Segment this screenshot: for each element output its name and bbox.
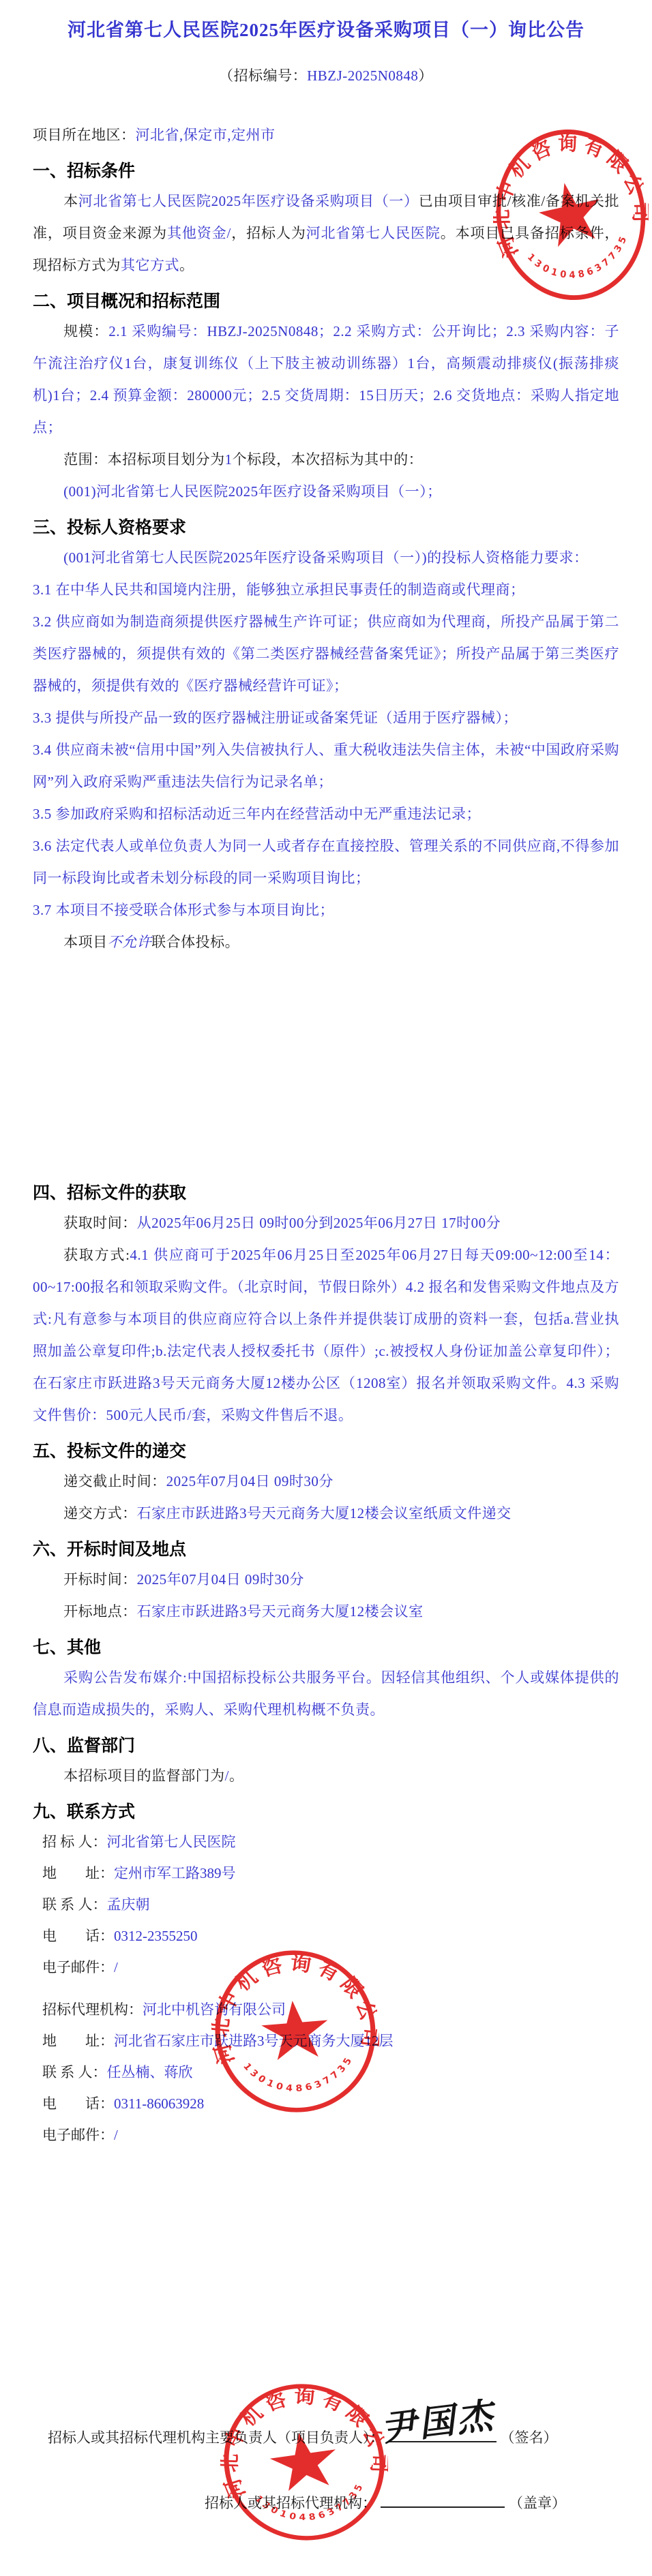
seal-label: 招标人或其招标代理机构： [205,2495,376,2511]
text-segment: 3.3 提供与所投产品一致的医疗器械注册证或备案凭证（适用于医疗器械）； [33,710,518,726]
text-segment: 3.1 在中华人民共和国境内注册，能够独立承担民事责任的制造商或代理商； [33,581,525,598]
signature-suffix: （签名） [501,2429,558,2446]
open-place: 开标地点：石家庄市跃进路3号天元商务大厦12楼会议室 [33,1596,619,1628]
field-label: 电子邮件： [42,1959,114,1975]
text-segment: 3.6 法定代表人或单位负责人为同一人或者存在直接控股、管理关系的不同供应商,不… [33,838,619,886]
field-label: 地 址： [42,2033,114,2049]
text-segment: 本 [63,193,78,209]
field-label: 电 话： [42,2095,114,2112]
doc-title: 河北省第七人民医院2025年医疗设备采购项目（一）询比公告 [33,16,619,44]
text-segment: 本项目 [63,934,108,950]
section-heading-3: 三、投标人资格要求 [33,516,619,539]
text-segment: 其他资金/ [167,225,231,241]
field-value: 河北省第七人民医院 [107,1834,236,1850]
lot-001: (001)河北省第七人民医院2025年医疗设备采购项目（一）； [33,476,619,508]
consortium-note: 本项目不允许联合体投标。 [33,926,619,958]
agent-email: 电子邮件：/ [33,2119,619,2151]
field-value: 0312-2355250 [114,1928,198,1944]
field-label: 联 系 人： [42,1896,107,1913]
qualification-3-4: 3.4 供应商未被“信用中国”列入失信被执行人、重大税收违法失信主体，未被“中国… [33,734,619,798]
text-segment: 河北省第七人民医院 [306,225,441,241]
submit-deadline: 递交截止时间：2025年07月04日 09时30分 [33,1466,619,1498]
text-segment: 不允许 [108,934,152,950]
text-segment: HBZJ-2025N0848 [307,67,418,84]
text-segment: 获取方式: [63,1247,130,1263]
text-segment: (001)河北省第七人民医院2025年医疗设备采购项目（一）； [63,483,441,500]
text-segment: 2025年07月04日 09时30分 [137,1571,304,1588]
section-heading-4: 四、招标文件的获取 [33,1181,619,1204]
text-segment: ，招标人为 [231,225,306,241]
text-segment: 1 [225,451,233,468]
agent-name: 招标代理机构：河北中机咨询有限公司 [33,1994,619,2025]
agent-address: 地 址：河北省石家庄市跃进路3号天元商务大厦12层 [33,2025,619,2057]
contact-person: 联 系 人：孟庆朝 [33,1889,619,1920]
text-segment: 递交方式： [63,1505,137,1521]
qualification-3-1: 3.1 在中华人民共和国境内注册，能够独立承担民事责任的制造商或代理商； [33,574,619,606]
agent-phone: 电 话：0311-86063928 [33,2088,619,2119]
seal-suffix: （盖章） [509,2495,566,2511]
text-segment: 个标段，本次招标为其中的： [233,451,424,468]
tender-conditions: 本河北省第七人民医院2025年医疗设备采购项目（一）已由项目审批/核准/备案机关… [33,185,619,282]
section-heading-6: 六、开标时间及地点 [33,1538,619,1561]
field-label: 联 系 人： [42,2064,107,2080]
qualification-3-6: 3.6 法定代表人或单位负责人为同一人或者存在直接控股、管理关系的不同供应商,不… [33,830,619,894]
field-value: 0311-86063928 [114,2095,204,2112]
text-segment: 2.1 采购编号：HBZJ-2025N0848；2.2 采购方式：公开询比；2.… [33,323,619,436]
text-segment: (001河北省第七人民医院2025年医疗设备采购项目（一）)的投标人资格能力要求… [63,549,588,566]
signature-label: 招标人或其招标代理机构主要负责人（项目负责人）： [48,2429,385,2446]
field-value: 河北省石家庄市跃进路3号天元商务大厦12层 [114,2033,394,2049]
field-label: 电子邮件： [42,2127,114,2143]
field-label: 招标代理机构： [42,2001,143,2018]
text-segment: ） [418,67,433,84]
text-segment: 3.7 本项目不接受联合体形式参与本项目询比； [33,902,334,918]
text-segment: 项目所在地区： [33,127,136,143]
doc-obtain-time: 获取时间：从2025年06月25日 09时00分到2025年06月27日 17时… [33,1207,619,1239]
doc-obtain-method: 获取方式:4.1 供应商可于2025年06月25日至2025年06月27日每天0… [33,1239,619,1431]
qualification-3-2: 3.2 供应商如为制造商须提供医疗器械生产许可证；供应商如为代理商，所投产品属于… [33,606,619,702]
qualification-3-3: 3.3 提供与所投产品一致的医疗器械注册证或备案凭证（适用于医疗器械）； [33,702,619,734]
project-range: 范围：本招标项目划分为1个标段，本次招标为其中的： [33,444,619,476]
project-scale: 规模：2.1 采购编号：HBZJ-2025N0848；2.2 采购方式：公开询比… [33,316,619,444]
text-segment: 开标地点： [63,1603,137,1620]
submit-method: 递交方式：石家庄市跃进路3号天元商务大厦12楼会议室纸质文件递交 [33,1498,619,1530]
text-segment: 采购公告发布媒介:中国招标投标公共服务平台。因轻信其他组织、个人或媒体提供的信息… [33,1669,619,1718]
contact-phone: 电 话：0312-2355250 [33,1920,619,1952]
section-heading-9: 九、联系方式 [33,1800,619,1823]
text-segment: 获取时间： [63,1215,137,1231]
text-segment: 3.4 供应商未被“信用中国”列入失信被执行人、重大税收违法失信主体，未被“中国… [33,742,619,790]
text-segment: 2025年07月04日 09时30分 [166,1473,334,1489]
field-value: 孟庆朝 [107,1896,150,1913]
section-heading-5: 五、投标文件的递交 [33,1440,619,1463]
signature-line: 招标人或其招标代理机构主要负责人（项目负责人）：尹国杰（签名） [48,2421,558,2454]
contact-address: 地 址：定州市军工路389号 [33,1858,619,1889]
text-segment: 4.1 供应商可于2025年06月25日至2025年06月27日每天09:00~… [33,1247,619,1423]
text-segment: 石家庄市跃进路3号天元商务大厦12楼会议室纸质文件递交 [137,1505,512,1521]
field-label: 电 话： [42,1928,114,1944]
signature-underline: 尹国杰 [389,2423,497,2442]
text-segment: 3.5 参加政府采购和招标活动近三年内在经营活动中无严重违法记录； [33,806,481,822]
spacer [33,958,619,1173]
supervision-note: 本招标项目的监督部门为/。 [33,1760,619,1792]
spacer [33,1983,619,1994]
document-body: 河北省第七人民医院2025年医疗设备采购项目（一）询比公告（招标编号：HBZJ-… [0,0,652,2151]
qualification-3-5: 3.5 参加政府采购和招标活动近三年内在经营活动中无严重违法记录； [33,798,619,830]
section-heading-7: 七、其他 [33,1636,619,1659]
section-heading-1: 一、招标条件 [33,160,619,183]
text-segment: 递交截止时间： [63,1473,166,1489]
project-region: 项目所在地区：河北省,保定市,定州市 [33,119,619,151]
open-time: 开标时间：2025年07月04日 09时30分 [33,1564,619,1596]
field-value: / [114,2127,118,2143]
contact-email: 电子邮件：/ [33,1952,619,1983]
field-label: 地 址： [42,1865,114,1881]
text-segment: 联合体投标。 [151,934,239,950]
text-segment: 河北省第七人民医院2025年医疗设备采购项目（一） [78,193,419,209]
section-heading-2: 二、项目概况和招标范围 [33,290,619,313]
field-value: 任丛楠、蒋欣 [107,2064,193,2080]
seal-line: 招标人或其招标代理机构：（盖章） [205,2487,566,2519]
field-value: / [114,1959,118,1975]
field-value: 定州市军工路389号 [114,1865,236,1881]
field-label: 招 标 人： [42,1834,107,1850]
text-segment: 规模： [63,323,108,339]
text-segment: 。 [229,1768,244,1784]
handwritten-signature: 尹国杰 [379,2399,497,2448]
seal-underline [381,2489,505,2508]
text-segment: 其它方式 [121,257,179,273]
other-note: 采购公告发布媒介:中国招标投标公共服务平台。因轻信其他组织、个人或媒体提供的信息… [33,1662,619,1726]
text-segment: 从2025年06月25日 09时00分到2025年06月27日 17时00分 [137,1215,501,1231]
announcement-page: 河北省第七人民医院2025年医疗设备采购项目（一）询比公告（招标编号：HBZJ-… [0,0,652,2576]
tender-ref: （招标编号：HBZJ-2025N0848） [33,60,619,92]
field-value: 河北中机咨询有限公司 [143,2001,286,2018]
qualification-intro: (001河北省第七人民医院2025年医疗设备采购项目（一）)的投标人资格能力要求… [33,542,619,574]
text-segment: （招标编号： [219,67,307,84]
text-segment: 范围：本招标项目划分为 [63,451,225,468]
text-segment: 3.2 供应商如为制造商须提供医疗器械生产许可证；供应商如为代理商，所投产品属于… [33,613,619,694]
section-heading-8: 八、监督部门 [33,1734,619,1757]
text-segment: 石家庄市跃进路3号天元商务大厦12楼会议室 [137,1603,424,1620]
agent-person: 联 系 人：任丛楠、蒋欣 [33,2057,619,2088]
qualification-3-7: 3.7 本项目不接受联合体形式参与本项目询比； [33,894,619,926]
contact-tenderer: 招 标 人：河北省第七人民医院 [33,1826,619,1858]
text-segment: 本招标项目的监督部门为 [63,1768,225,1784]
text-segment: 河北省,保定市,定州市 [136,127,276,143]
text-segment: 。 [179,257,194,273]
text-segment: 开标时间： [63,1571,137,1588]
